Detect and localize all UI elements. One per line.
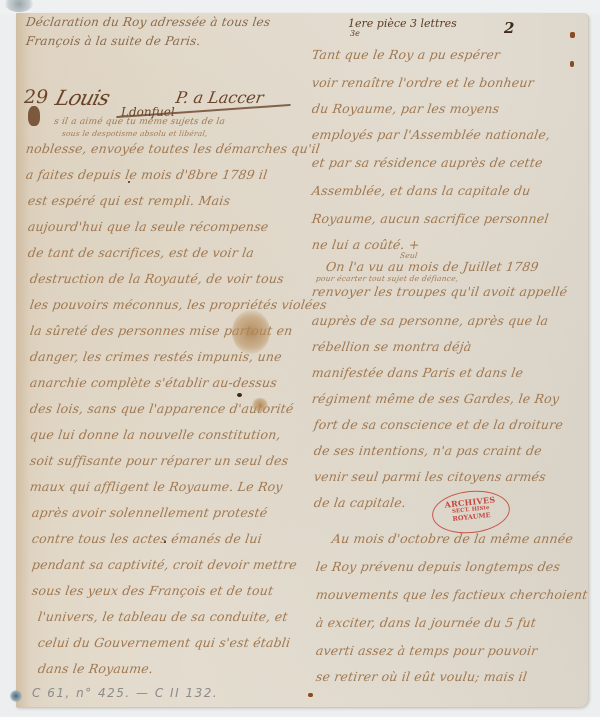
text-line: dans le Royaume. [37,661,154,676]
text-line: de ses intentions, n'a pas craint de [313,443,543,458]
text-line: auprès de sa personne, après que la [311,313,549,328]
text-line: est espéré qui est rempli. Mais [27,193,231,208]
countersignature: P. a Laccer [174,88,265,107]
text-line: les pouvoirs méconnus, les propriétés vi… [29,297,328,312]
text-line: celui du Gouvernement qui s'est établi [37,635,291,650]
text-line: que lui donne la nouvelle constitution, [29,427,282,442]
ink-blot [28,106,40,126]
ink-spot [164,541,166,543]
clip-mark-bottom [10,690,22,702]
text-line: Au mois d'octobre de la même année [331,531,574,546]
text-line: de tant de sacrifices, est de voir la [27,245,255,260]
text-line: pendant sa captivité, croit devoir mettr… [31,557,298,572]
text-line: averti assez à temps pour pouvoir [315,643,539,658]
text-line: manifestée dans Paris et dans le [311,365,524,380]
scan-background [0,0,600,14]
text-line: contre tous les actes émanés de lui [31,531,263,546]
text-line: renvoyer les troupes qu'il avoit appellé [311,284,568,299]
text-line: sous les yeux des François et de tout [31,583,274,598]
piece-sub-annotation: 3e [350,29,360,38]
text-line: se retirer où il eût voulu; mais il [315,669,528,684]
text-line: a faites depuis le mois d'8bre 1789 il [25,167,269,182]
text-line: après avoir solennellement protesté [31,505,269,520]
text-line: fort de sa conscience et de la droiture [313,417,564,432]
ink-spot [128,181,130,183]
text-line: ne lui a coûté. + [311,237,421,252]
text-line: à exciter, dans la journée du 5 fut [315,615,537,630]
text-line: rébellion se montra déjà [311,339,473,354]
text-line: destruction de la Royauté, de voir tous [29,271,285,286]
title-line-1: Déclaration du Roy adressée à tous les [25,15,271,29]
text-line: noblesse, envoyée toutes les démarches q… [25,141,321,156]
text-line: Royaume, aucun sacrifice personnel [311,211,550,226]
text-line: du Royaume, par les moyens [311,101,501,116]
text-line: aujourd'hui que la seule récompense [27,219,270,234]
page-number-annotation: 2 [504,19,514,37]
text-line: et par sa résidence auprès de cette [311,155,544,170]
text-line: On l'a vu au mois de Juillet 1789 [325,259,540,274]
rust-spot [570,32,575,38]
water-stain-small [252,398,268,412]
text-line: venir seul parmi les citoyens armés [313,469,547,484]
shelfmark: C 61, n° 425. — C II 132. [32,686,218,700]
text-line: anarchie complète s'établir au-dessus [29,375,278,390]
text-line: le Roy prévenu depuis longtemps des [315,559,561,574]
text-line: maux qui affligent le Royaume. Le Roy [29,479,284,494]
rust-spot [570,61,574,67]
text-line: de la capitale. [313,495,407,510]
text-line: l'univers, le tableau de sa conduite, et [37,609,289,624]
text-line: Assemblée, et dans la capitale du [311,183,532,198]
text-line: soit suffisante pour réparer un seul des [29,453,289,468]
manuscript-page: 1ere pièce 3 lettres 3e 2 Déclaration du… [16,13,589,708]
text-line: sous le despotisme absolu et libéral, [61,129,208,138]
ink-spot [237,393,242,397]
text-line: mouvements que les factieux cherchoient [315,587,589,602]
text-line: pour écarter tout sujet de défiance, [315,274,459,283]
title-line-2: François à la suite de Paris. [25,34,202,48]
folio-number: 29 [24,86,48,108]
text-line: Tant que le Roy a pu espérer [311,47,501,62]
text-line: voir renaître l'ordre et le bonheur [311,75,535,90]
water-stain [232,310,270,354]
king-signature: Louis [53,86,112,110]
rust-spot [308,693,313,697]
text-line: employés par l'Assemblée nationale, [311,127,551,142]
text-line: régiment même de ses Gardes, le Roy [311,391,560,406]
archives-stamp: ARCHIVES SECT. HISte ROYAUME [430,487,512,537]
piece-annotation: 1ere pièce 3 lettres [348,17,457,30]
